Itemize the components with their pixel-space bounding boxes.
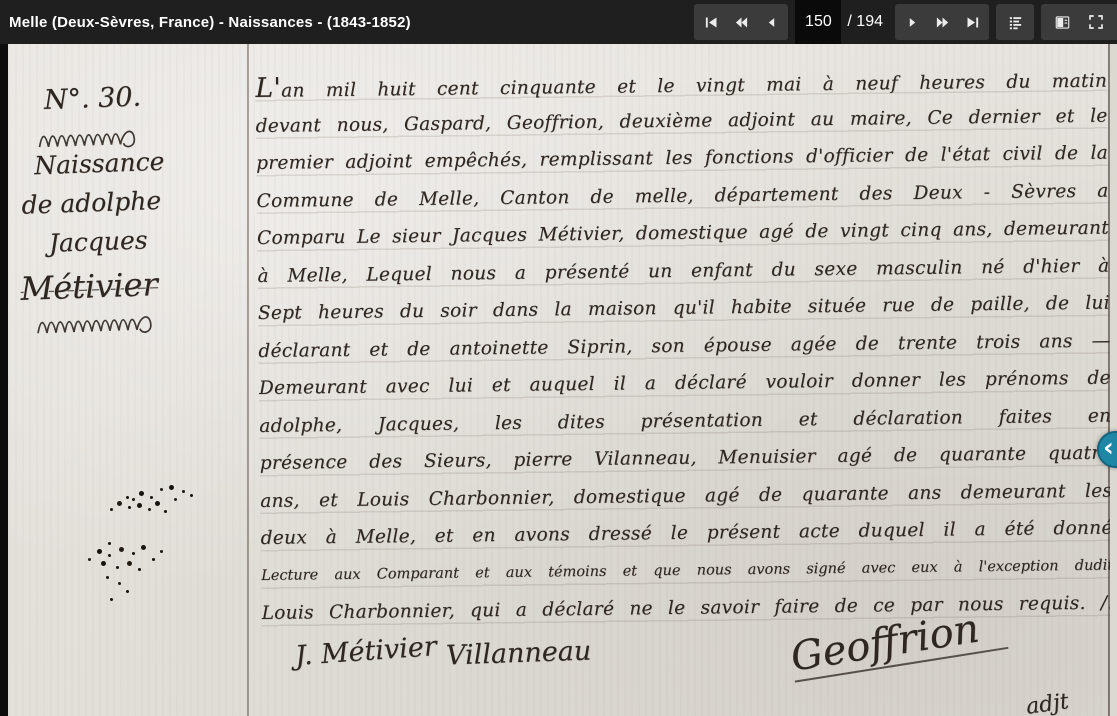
backward-nav-group — [694, 4, 788, 40]
page-number-input[interactable] — [798, 13, 838, 31]
margin-line: Jacques — [48, 225, 148, 257]
previous-page-button[interactable] — [756, 4, 786, 40]
fast-backward-icon — [733, 15, 750, 30]
signature-role-note: adjt — [1024, 689, 1070, 716]
side-panel-button[interactable] — [1045, 4, 1079, 40]
fast-backward-button[interactable] — [726, 4, 756, 40]
flourish-squiggle — [35, 309, 211, 339]
first-page-icon — [704, 15, 719, 30]
document-title: Melle (Deux-Sèvres, France) - Naissances… — [0, 14, 411, 31]
forward-nav-group — [895, 4, 989, 40]
document-viewer: N°. 30. Naissance de adolphe Jacques Mét… — [0, 44, 1117, 716]
index-list-icon — [1007, 14, 1024, 31]
last-page-icon — [965, 15, 980, 30]
margin-line: Naissance — [34, 147, 165, 181]
margin-line: de adolphe — [21, 186, 162, 220]
last-page-button[interactable] — [957, 4, 987, 40]
adjacent-page-edge — [1110, 44, 1117, 716]
margin-annotation: N°. 30. Naissance de adolphe Jacques Mét… — [8, 44, 246, 48]
page-number-box — [795, 0, 841, 44]
page-count-label: / 194 — [847, 13, 883, 31]
fast-forward-button[interactable] — [927, 4, 957, 40]
act-number: N°. 30. — [43, 82, 141, 116]
viewer-toolbar: Melle (Deux-Sèvres, France) - Naissances… — [0, 0, 1117, 44]
signature-metivier: J. Métivier — [294, 631, 438, 672]
view-mode-group — [1041, 4, 1117, 40]
first-page-button[interactable] — [696, 4, 726, 40]
side-panel-icon — [1053, 14, 1072, 31]
chevron-left-icon: ‹ — [1103, 435, 1114, 461]
index-list-button[interactable] — [1000, 4, 1030, 40]
register-margin-rule — [247, 44, 249, 716]
scanned-page[interactable]: N°. 30. Naissance de adolphe Jacques Mét… — [8, 44, 1117, 716]
index-group — [996, 4, 1034, 40]
margin-line: Métivier — [20, 265, 159, 308]
next-page-icon — [906, 15, 919, 30]
fullscreen-button[interactable] — [1079, 4, 1113, 40]
signature-villanneau: Villanneau — [446, 635, 592, 671]
act-body-text: L'an mil huit cent cinquante et le vingt… — [255, 60, 1114, 633]
ink-blot — [126, 496, 129, 499]
next-page-button[interactable] — [897, 4, 927, 40]
fullscreen-icon — [1087, 13, 1105, 31]
ink-blot — [108, 542, 111, 545]
previous-page-icon — [765, 15, 778, 30]
fast-forward-icon — [934, 15, 951, 30]
